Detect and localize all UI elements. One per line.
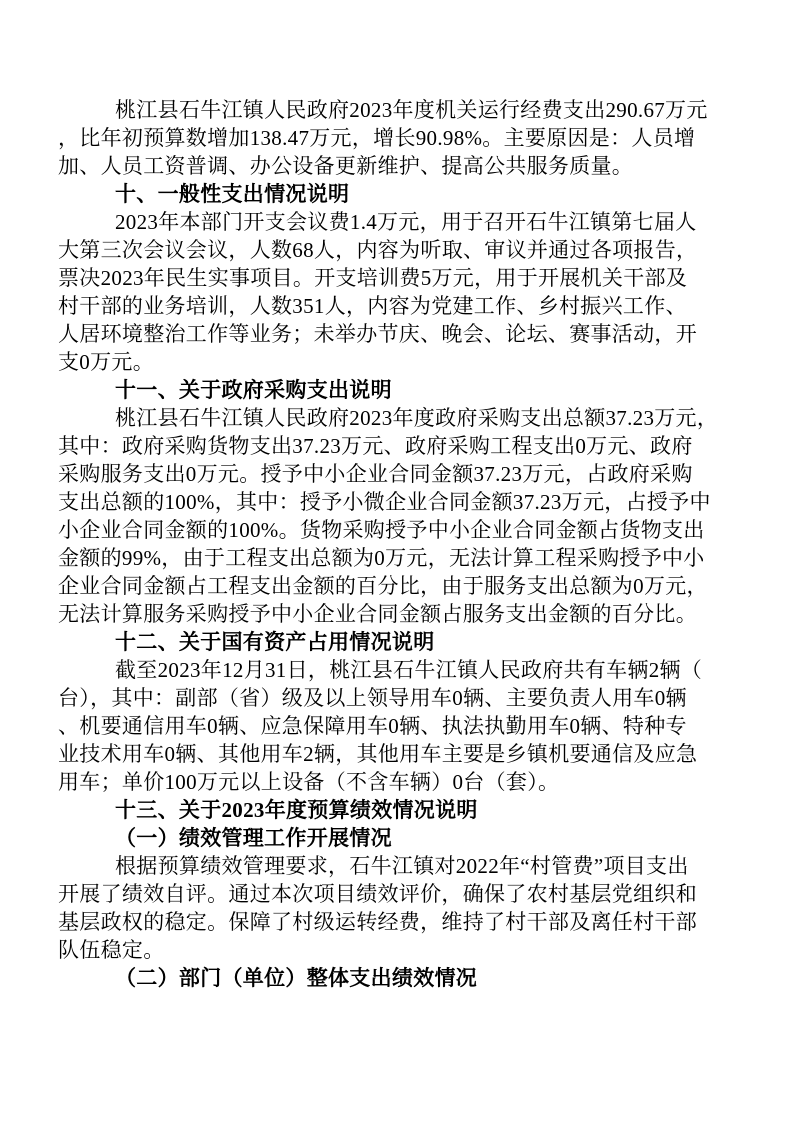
paragraph-performance-self-evaluation: 根据预算绩效管理要求，石牛江镇对2022年“村管费”项目支出 开展了绩效自评。通… xyxy=(58,852,745,964)
heading-section-10: 十、一般性支出情况说明 xyxy=(58,180,745,208)
heading-section-13: 十三、关于2023年度预算绩效情况说明 xyxy=(58,796,745,824)
heading-performance-management: （一）绩效管理工作开展情况 xyxy=(58,824,745,852)
paragraph-gov-procurement: 桃江县石牛江镇人民政府2023年度政府采购支出总额37.23万元， 其中：政府采… xyxy=(58,404,745,628)
document-page: 桃江县石牛江镇人民政府2023年度机关运行经费支出290.67万元 ，比年初预算… xyxy=(0,0,793,1122)
heading-section-12: 十二、关于国有资产占用情况说明 xyxy=(58,628,745,656)
paragraph-admin-operation-expense: 桃江县石牛江镇人民政府2023年度机关运行经费支出290.67万元 ，比年初预算… xyxy=(58,96,745,180)
heading-overall-expenditure-performance: （二）部门（单位）整体支出绩效情况 xyxy=(58,964,745,992)
heading-section-11: 十一、关于政府采购支出说明 xyxy=(58,376,745,404)
paragraph-general-expense: 2023年本部门开支会议费1.4万元，用于召开石牛江镇第七届人 大第三次会议会议… xyxy=(58,208,745,376)
paragraph-state-assets: 截至2023年12月31日，桃江县石牛江镇人民政府共有车辆2辆（ 台），其中：副… xyxy=(58,656,745,796)
